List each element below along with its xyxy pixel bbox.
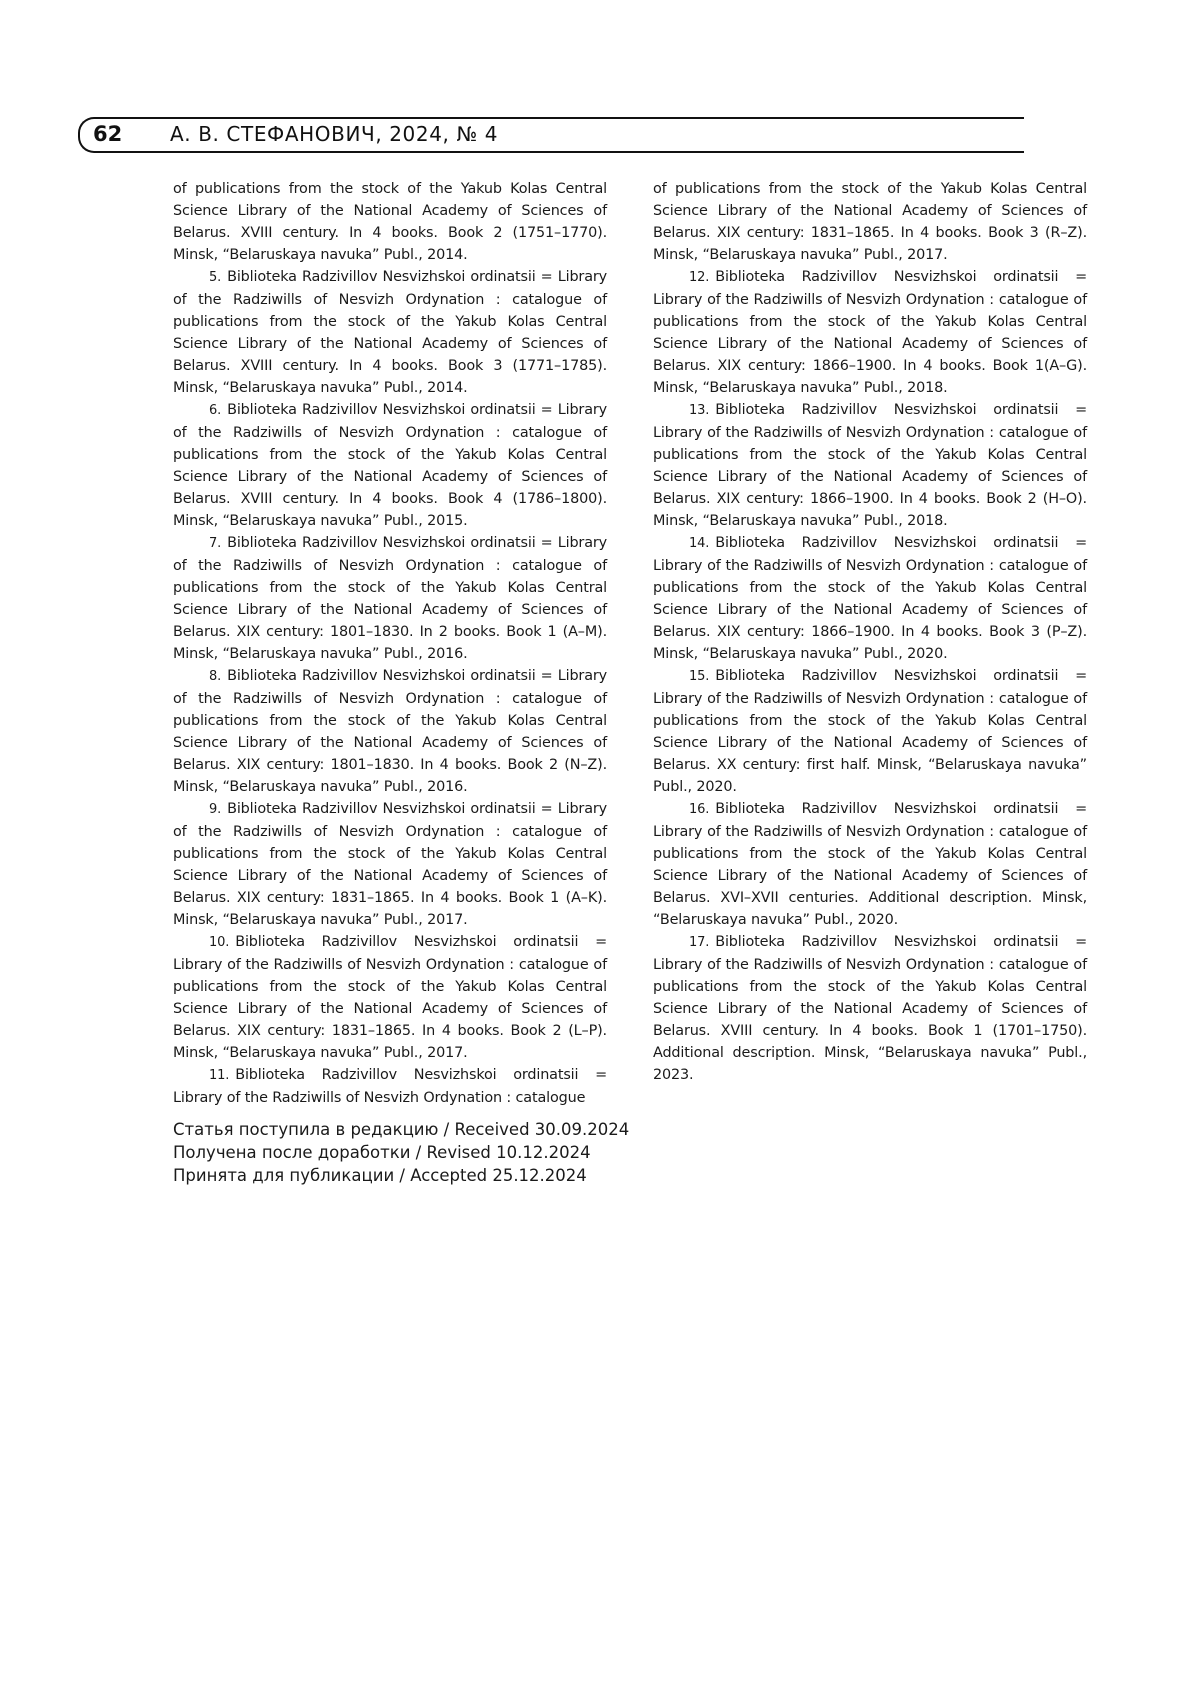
reference-item: 15.Biblioteka Radzivillov Nesvizhskoi or… — [653, 665, 1087, 798]
running-title: А. В. СТЕФАНОВИЧ, 2024, № 4 — [170, 121, 498, 147]
reference-text: Biblioteka Radzivillov Nesvizhskoi ordin… — [173, 269, 607, 396]
reference-item: 9.Biblioteka Radzivillov Nesvizhskoi ord… — [173, 798, 607, 931]
page-number: 62 — [93, 121, 122, 147]
reference-number: 16. — [689, 802, 709, 817]
reference-number: 12. — [689, 270, 709, 285]
reference-continuation: of publications from the stock of the Ya… — [653, 178, 1087, 266]
accepted-date: Принята для публикации / Accepted 25.12.… — [173, 1164, 629, 1187]
reference-item: 17.Biblioteka Radzivillov Nesvizhskoi or… — [653, 931, 1087, 1086]
reference-text: Biblioteka Radzivillov Nesvizhskoi ordin… — [653, 668, 1087, 795]
reference-item: 10.Biblioteka Radzivillov Nesvizhskoi or… — [173, 931, 607, 1064]
reference-column-right: of publications from the stock of the Ya… — [653, 178, 1087, 1086]
received-date: Статья поступила в редакцию / Received 3… — [173, 1118, 629, 1141]
reference-number: 14. — [689, 536, 709, 551]
reference-text: Biblioteka Radzivillov Nesvizhskoi ordin… — [173, 535, 607, 662]
reference-item: 11.Biblioteka Radzivillov Nesvizhskoi or… — [173, 1064, 607, 1109]
reference-text: Biblioteka Radzivillov Nesvizhskoi ordin… — [653, 269, 1087, 396]
article-dates: Статья поступила в редакцию / Received 3… — [173, 1118, 629, 1187]
reference-text: Biblioteka Radzivillov Nesvizhskoi ordin… — [653, 801, 1087, 928]
reference-text: Biblioteka Radzivillov Nesvizhskoi ordin… — [653, 934, 1087, 1083]
reference-number: 11. — [209, 1068, 229, 1083]
reference-number: 8. — [209, 669, 221, 684]
reference-number: 13. — [689, 403, 709, 418]
reference-item: 13.Biblioteka Radzivillov Nesvizhskoi or… — [653, 399, 1087, 532]
reference-number: 6. — [209, 403, 221, 418]
reference-continuation: of publications from the stock of the Ya… — [173, 178, 607, 266]
reference-item: 14.Biblioteka Radzivillov Nesvizhskoi or… — [653, 532, 1087, 665]
reference-text: Biblioteka Radzivillov Nesvizhskoi ordin… — [173, 668, 607, 795]
reference-number: 15. — [689, 669, 709, 684]
reference-item: 8.Biblioteka Radzivillov Nesvizhskoi ord… — [173, 665, 607, 798]
reference-number: 17. — [689, 935, 709, 950]
reference-column-left: of publications from the stock of the Ya… — [173, 178, 607, 1109]
reference-text: Biblioteka Radzivillov Nesvizhskoi ordin… — [173, 1067, 607, 1106]
reference-text: Biblioteka Radzivillov Nesvizhskoi ordin… — [173, 801, 607, 928]
reference-item: 5.Biblioteka Radzivillov Nesvizhskoi ord… — [173, 266, 607, 399]
reference-number: 7. — [209, 536, 221, 551]
revised-date: Получена после доработки / Revised 10.12… — [173, 1141, 629, 1164]
reference-text: Biblioteka Radzivillov Nesvizhskoi ordin… — [173, 402, 607, 529]
reference-text: Biblioteka Radzivillov Nesvizhskoi ordin… — [173, 934, 607, 1061]
reference-item: 16.Biblioteka Radzivillov Nesvizhskoi or… — [653, 798, 1087, 931]
reference-text: Biblioteka Radzivillov Nesvizhskoi ordin… — [653, 402, 1087, 529]
reference-number: 10. — [209, 935, 229, 950]
reference-text: Biblioteka Radzivillov Nesvizhskoi ordin… — [653, 535, 1087, 662]
reference-item: 12.Biblioteka Radzivillov Nesvizhskoi or… — [653, 266, 1087, 399]
reference-item: 6.Biblioteka Radzivillov Nesvizhskoi ord… — [173, 399, 607, 532]
reference-number: 9. — [209, 802, 221, 817]
reference-item: 7.Biblioteka Radzivillov Nesvizhskoi ord… — [173, 532, 607, 665]
reference-number: 5. — [209, 270, 221, 285]
